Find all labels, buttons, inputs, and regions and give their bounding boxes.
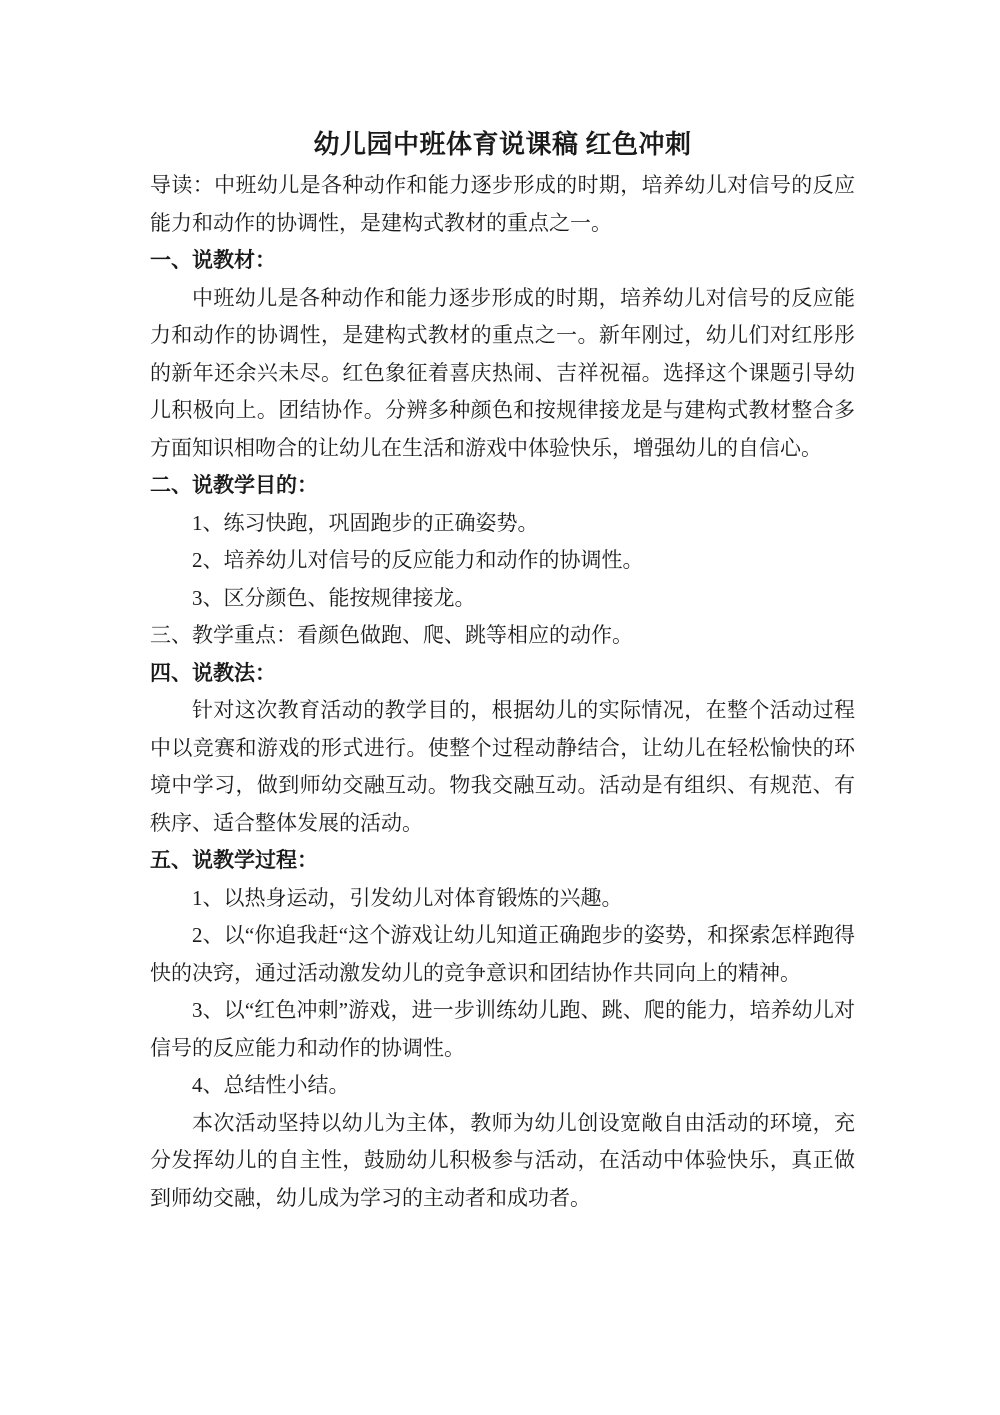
section-1-paragraph: 中班幼儿是各种动作和能力逐步形成的时期，培养幼儿对信号的反应能力和动作的协调性，… bbox=[150, 280, 855, 468]
objective-item-1: 1、练习快跑，巩固跑步的正确姿势。 bbox=[150, 505, 855, 543]
closing-paragraph: 本次活动坚持以幼儿为主体，教师为幼儿创设宽敞自由活动的环境，充分发挥幼儿的自主性… bbox=[150, 1105, 855, 1218]
objective-item-3: 3、区分颜色、能按规律接龙。 bbox=[150, 580, 855, 618]
section-4-heading: 四、说教法： bbox=[150, 655, 855, 693]
section-1-heading: 一、说教材： bbox=[150, 242, 855, 280]
section-2-heading: 二、说教学目的： bbox=[150, 467, 855, 505]
section-4-paragraph: 针对这次教育活动的教学目的，根据幼儿的实际情况，在整个活动过程中以竞赛和游戏的形… bbox=[150, 692, 855, 842]
section-5-heading: 五、说教学过程： bbox=[150, 842, 855, 880]
document-title: 幼儿园中班体育说课稿 红色冲刺 bbox=[150, 128, 855, 162]
section-3-line: 三、教学重点：看颜色做跑、爬、跳等相应的动作。 bbox=[150, 617, 855, 655]
process-item-3: 3、以“红色冲刺”游戏，进一步训练幼儿跑、跳、爬的能力，培养幼儿对信号的反应能力… bbox=[150, 992, 855, 1067]
objective-item-2: 2、培养幼儿对信号的反应能力和动作的协调性。 bbox=[150, 542, 855, 580]
lead-paragraph: 导读：中班幼儿是各种动作和能力逐步形成的时期，培养幼儿对信号的反应能力和动作的协… bbox=[150, 167, 855, 242]
process-item-4: 4、总结性小结。 bbox=[150, 1067, 855, 1105]
document-page: 幼儿园中班体育说课稿 红色冲刺 导读：中班幼儿是各种动作和能力逐步形成的时期，培… bbox=[0, 0, 1000, 1415]
process-item-2: 2、以“你追我赶“这个游戏让幼儿知道正确跑步的姿势，和探索怎样跑得快的决窍，通过… bbox=[150, 917, 855, 992]
process-item-1: 1、以热身运动，引发幼儿对体育锻炼的兴趣。 bbox=[150, 880, 855, 918]
